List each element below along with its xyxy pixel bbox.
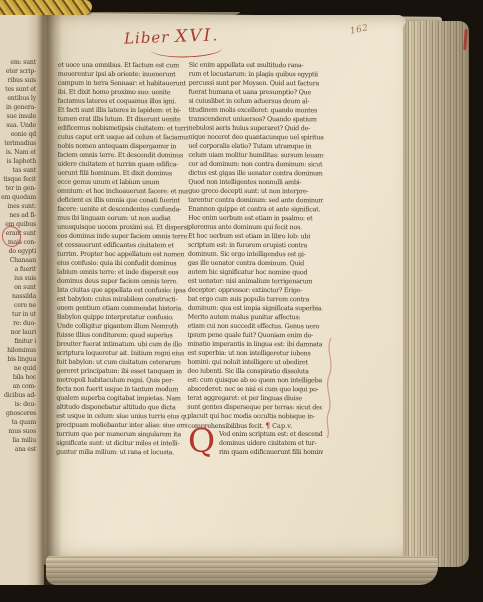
text-line: hilominus [0, 346, 36, 355]
text-line: in genera- [0, 103, 36, 112]
running-header: Liber XVI. [124, 25, 219, 48]
folio-number: 162 [349, 23, 369, 37]
header-suffix: . [212, 26, 218, 44]
red-pen-flourish [322, 336, 338, 440]
chapter-opening: Q Vod enim scriptum est: et descenditdom… [188, 430, 323, 458]
text-line: tes sunt et [0, 85, 36, 94]
text-line: dominus uidere ciuitatem et tur- [219, 439, 323, 448]
text-line: bis lingua [0, 355, 36, 364]
text-line: finitur i [0, 337, 36, 346]
text-line: is. Nam et [0, 148, 36, 157]
text-line: gnosceres [0, 409, 36, 418]
text-line: sua. Unde [0, 121, 36, 130]
text-line: an com- [0, 382, 36, 391]
header-numeral: XVI [175, 26, 213, 47]
text-line: re: duo- [0, 319, 36, 328]
text-line: Chanaan [0, 256, 36, 265]
text-line: entibus ly [0, 94, 36, 103]
text-line: tas sunt [0, 166, 36, 175]
underline-flourish [150, 46, 222, 60]
book-scan: em: sunteter scrip-ribus suistes sunt et… [0, 0, 483, 602]
text-line: em quodam [0, 193, 36, 202]
fore-edge-pages [403, 21, 469, 567]
text-line: terimadius [0, 139, 36, 148]
text-line: eter scrip- [0, 67, 36, 76]
text-line: do egypti [0, 247, 36, 256]
chapter-label: Cap.v. [270, 422, 292, 430]
facing-page-text-fragments: em: sunteter scrip-ribus suistes sunt et… [0, 58, 36, 454]
bottom-page-edges [46, 556, 438, 585]
text-line: nor lauri [0, 328, 36, 337]
text-line: ius suis [0, 274, 36, 283]
text-line: ter in gen- [0, 184, 36, 193]
header-word: Liber [124, 28, 170, 48]
text-line: cere ne [0, 301, 36, 310]
text-line: em: sunt [0, 58, 36, 67]
text-line: on sunt [0, 283, 36, 292]
text-line: tisque fecit [0, 175, 36, 184]
text-line: lia miliu [0, 436, 36, 445]
text-line: sue insule [0, 112, 36, 121]
text-line: guntur milia milium: ut rana et locusta. [56, 448, 187, 458]
text-line: placuit qui hoc modis occultis nobisque … [187, 412, 322, 422]
text-line: a fuerit [0, 265, 36, 274]
text-line: is Iapheth [0, 157, 36, 166]
text-line: dicibus ad- [0, 391, 36, 400]
page-recto: Liber XVI. 162 et uoce una omnibus. Et f… [44, 15, 406, 565]
chapter-opening-lines: Vod enim scriptum est: et descenditdomin… [219, 430, 323, 457]
text-column-left: et uoce una omnibus. Et factum est cummo… [56, 61, 189, 458]
text-column-right: Sic enim appellata est multitudo rana-ru… [187, 61, 324, 422]
text-line: nassilda [0, 292, 36, 301]
text-line: is: deu- [0, 400, 36, 409]
text-line: ribus suis [0, 76, 36, 85]
text-line: Vod enim scriptum est: et descendit [219, 430, 323, 439]
text-line: ines sunt: [0, 202, 36, 211]
text-line: tur in ut [0, 310, 36, 319]
text-line: ta quam [0, 418, 36, 427]
text-line: mus suos [0, 427, 36, 436]
drop-cap-initial: Q [188, 426, 215, 456]
text-line: eonie qd [0, 130, 36, 139]
text-line: nes ad fi- [0, 211, 36, 220]
text-line: ne quid [0, 364, 36, 373]
gutter-shadow [36, 15, 62, 585]
headband [0, 0, 92, 15]
text-line: bila hoc [0, 373, 36, 382]
text-line: ana est [0, 445, 36, 454]
text-line: rim quam edificauerunt filii hominum: [219, 448, 323, 457]
